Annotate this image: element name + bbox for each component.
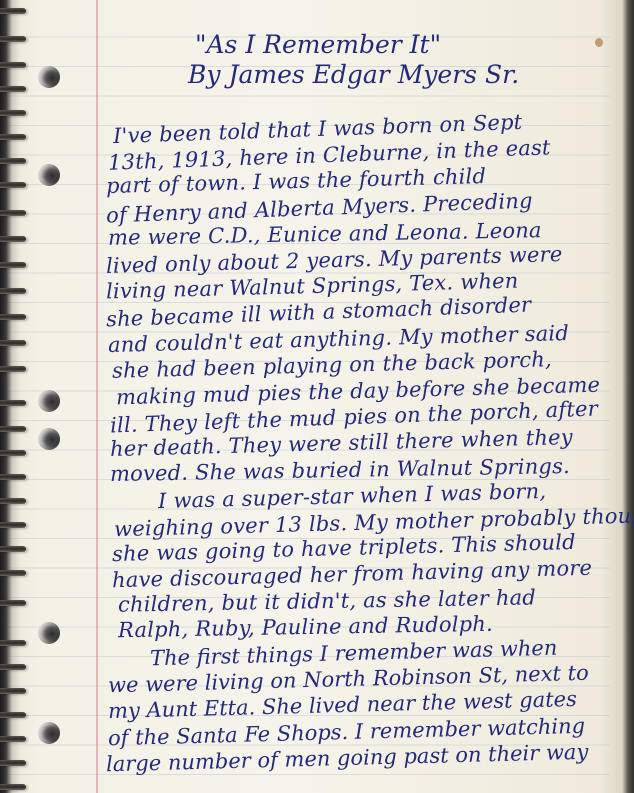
- handwritten-text-tail: [0, 0, 634, 793]
